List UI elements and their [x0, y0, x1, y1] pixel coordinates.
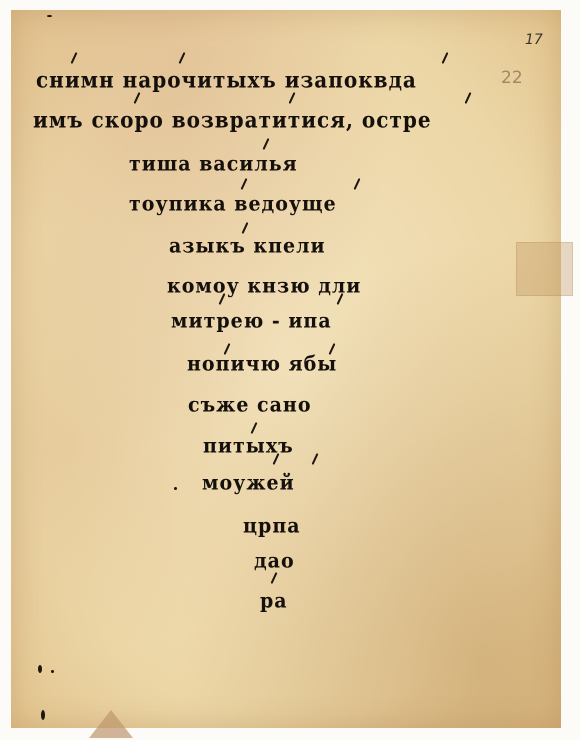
- accent-mark: [242, 222, 249, 234]
- accent-mark: [251, 422, 258, 434]
- ink-speck: [41, 710, 45, 720]
- accent-mark: [289, 92, 296, 104]
- accent-mark: [179, 52, 186, 64]
- accent-mark: [134, 92, 141, 104]
- accent-mark: [271, 572, 278, 584]
- text-line-10: питыхъ: [203, 434, 294, 458]
- ink-speck: [47, 15, 52, 17]
- corner-fold: [89, 710, 133, 738]
- text-line-2: имъ скоро возвратитися, остре: [33, 107, 432, 133]
- parchment-repair-patch: [516, 242, 573, 296]
- ink-speck: [51, 670, 54, 673]
- accent-mark: [465, 92, 472, 104]
- folio-number-ink: 17: [525, 32, 543, 48]
- text-line-5: азыкъ кпели: [169, 234, 326, 258]
- text-line-6: комоу кнзю дли: [167, 274, 361, 298]
- accent-mark: [263, 138, 270, 150]
- text-line-14: ра: [260, 589, 288, 613]
- text-line-3: тиша василья: [129, 152, 298, 176]
- ink-speck: [38, 665, 42, 673]
- text-line-13: дао: [254, 549, 295, 573]
- text-line-7: митрею - ипа: [171, 309, 332, 333]
- manuscript-page: 17 22 снимн нарочитыхъ изапоквда имъ ско…: [11, 10, 561, 728]
- accent-mark: [442, 52, 449, 64]
- accent-mark: [241, 178, 248, 190]
- text-line-4: тоупика ведоуще: [129, 192, 337, 216]
- folio-number-pencil: 22: [501, 68, 523, 88]
- text-line-11: моужей: [202, 471, 295, 495]
- ink-speck: [174, 487, 177, 490]
- accent-mark: [312, 453, 319, 465]
- text-line-12: црпа: [243, 514, 301, 538]
- text-line-9: съже сано: [188, 393, 312, 417]
- text-line-1: снимн нарочитыхъ изапоквда: [36, 67, 417, 93]
- text-line-8: нопичю ябы: [187, 352, 337, 376]
- accent-mark: [354, 178, 361, 190]
- accent-mark: [71, 52, 78, 64]
